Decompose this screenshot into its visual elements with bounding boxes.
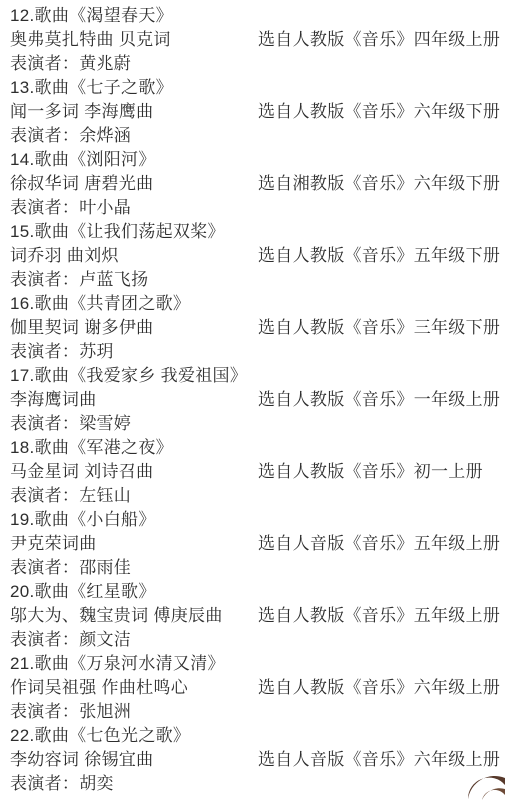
song-credits: 闻一多词 李海鹰曲 [10,102,153,121]
song-entry: 13.歌曲《七子之歌》闻一多词 李海鹰曲选自人教版《音乐》六年级下册表演者：余烨… [0,76,505,148]
song-credits: 奥弗莫扎特曲 贝克词 [10,30,171,49]
song-credit-line: 马金星词 刘诗召曲选自人教版《音乐》初一上册 [0,460,505,484]
song-entry: 19.歌曲《小白船》尹克荣词曲选自人音版《音乐》五年级上册表演者：邵雨佳 [0,508,505,580]
song-number-title: 22.歌曲《七色光之歌》 [0,724,505,748]
song-entry: 16.歌曲《共青团之歌》伽里契词 谢多伊曲选自人教版《音乐》三年级下册表演者：苏… [0,292,505,364]
song-source: 选自人音版《音乐》五年级上册 [258,532,500,556]
song-performer: 表演者：梁雪婷 [0,412,505,436]
song-source: 选自人教版《音乐》三年级下册 [258,316,500,340]
song-number-title: 13.歌曲《七子之歌》 [0,76,505,100]
song-credit-line: 闻一多词 李海鹰曲选自人教版《音乐》六年级下册 [0,100,505,124]
song-entry: 18.歌曲《军港之夜》马金星词 刘诗召曲选自人教版《音乐》初一上册表演者：左钰山 [0,436,505,508]
song-source: 选自人教版《音乐》五年级上册 [258,604,500,628]
song-credits: 马金星词 刘诗召曲 [10,462,153,481]
song-source: 选自人教版《音乐》一年级上册 [258,388,500,412]
song-source: 选自人教版《音乐》六年级上册 [258,676,500,700]
song-number-title: 17.歌曲《我爱家乡 我爱祖国》 [0,364,505,388]
song-number-title: 20.歌曲《红星歌》 [0,580,505,604]
song-credits: 李海鹰词曲 [10,390,97,409]
song-performer: 表演者：卢蓝飞扬 [0,268,505,292]
song-source: 选自人教版《音乐》初一上册 [258,460,483,484]
song-credit-line: 伽里契词 谢多伊曲选自人教版《音乐》三年级下册 [0,316,505,340]
song-source: 选自人教版《音乐》五年级下册 [258,244,500,268]
song-credits: 徐叔华词 唐碧光曲 [10,174,153,193]
song-number-title: 14.歌曲《浏阳河》 [0,148,505,172]
song-credit-line: 词乔羽 曲刘炽选自人教版《音乐》五年级下册 [0,244,505,268]
song-entry: 12.歌曲《渴望春天》奥弗莫扎特曲 贝克词选自人教版《音乐》四年级上册表演者：黄… [0,4,505,76]
song-source: 选自人教版《音乐》六年级下册 [258,100,500,124]
song-number-title: 12.歌曲《渴望春天》 [0,4,505,28]
song-credits: 邬大为、魏宝贵词 傅庚辰曲 [10,606,223,625]
song-performer: 表演者：颜文洁 [0,628,505,652]
song-credit-line: 徐叔华词 唐碧光曲选自湘教版《音乐》六年级下册 [0,172,505,196]
song-credits: 伽里契词 谢多伊曲 [10,318,153,337]
song-credit-line: 奥弗莫扎特曲 贝克词选自人教版《音乐》四年级上册 [0,28,505,52]
song-number-title: 15.歌曲《让我们荡起双桨》 [0,220,505,244]
song-credits: 作词吴祖强 作曲杜鸣心 [10,678,188,697]
song-credit-line: 尹克荣词曲选自人音版《音乐》五年级上册 [0,532,505,556]
song-entry: 15.歌曲《让我们荡起双桨》词乔羽 曲刘炽选自人教版《音乐》五年级下册表演者：卢… [0,220,505,292]
song-performer: 表演者：余烨涵 [0,124,505,148]
song-credits: 李幼容词 徐锡宜曲 [10,750,153,769]
song-number-title: 18.歌曲《军港之夜》 [0,436,505,460]
song-source: 选自人音版《音乐》六年级上册 [258,748,500,772]
song-source: 选自人教版《音乐》四年级上册 [258,28,500,52]
song-credit-line: 作词吴祖强 作曲杜鸣心选自人教版《音乐》六年级上册 [0,676,505,700]
song-credits: 词乔羽 曲刘炽 [10,246,119,265]
song-credit-line: 李海鹰词曲选自人教版《音乐》一年级上册 [0,388,505,412]
song-performer: 表演者：苏玥 [0,340,505,364]
swirl-logo-icon [467,775,505,800]
song-list: 12.歌曲《渴望春天》奥弗莫扎特曲 贝克词选自人教版《音乐》四年级上册表演者：黄… [0,0,505,796]
song-performer: 表演者：张旭洲 [0,700,505,724]
song-performer: 表演者：邵雨佳 [0,556,505,580]
song-entry: 21.歌曲《万泉河水清又清》作词吴祖强 作曲杜鸣心选自人教版《音乐》六年级上册表… [0,652,505,724]
song-number-title: 21.歌曲《万泉河水清又清》 [0,652,505,676]
song-performer: 表演者：黄兆蔚 [0,52,505,76]
song-entry: 22.歌曲《七色光之歌》李幼容词 徐锡宜曲选自人音版《音乐》六年级上册表演者：胡… [0,724,505,796]
song-performer: 表演者：叶小晶 [0,196,505,220]
song-source: 选自湘教版《音乐》六年级下册 [258,172,500,196]
song-performer: 表演者：左钰山 [0,484,505,508]
song-entry: 14.歌曲《浏阳河》徐叔华词 唐碧光曲选自湘教版《音乐》六年级下册表演者：叶小晶 [0,148,505,220]
song-credits: 尹克荣词曲 [10,534,97,553]
song-credit-line: 邬大为、魏宝贵词 傅庚辰曲选自人教版《音乐》五年级上册 [0,604,505,628]
song-performer: 表演者：胡奕 [0,772,505,796]
song-entry: 17.歌曲《我爱家乡 我爱祖国》李海鹰词曲选自人教版《音乐》一年级上册表演者：梁… [0,364,505,436]
song-entry: 20.歌曲《红星歌》邬大为、魏宝贵词 傅庚辰曲选自人教版《音乐》五年级上册表演者… [0,580,505,652]
song-number-title: 19.歌曲《小白船》 [0,508,505,532]
song-number-title: 16.歌曲《共青团之歌》 [0,292,505,316]
song-credit-line: 李幼容词 徐锡宜曲选自人音版《音乐》六年级上册 [0,748,505,772]
